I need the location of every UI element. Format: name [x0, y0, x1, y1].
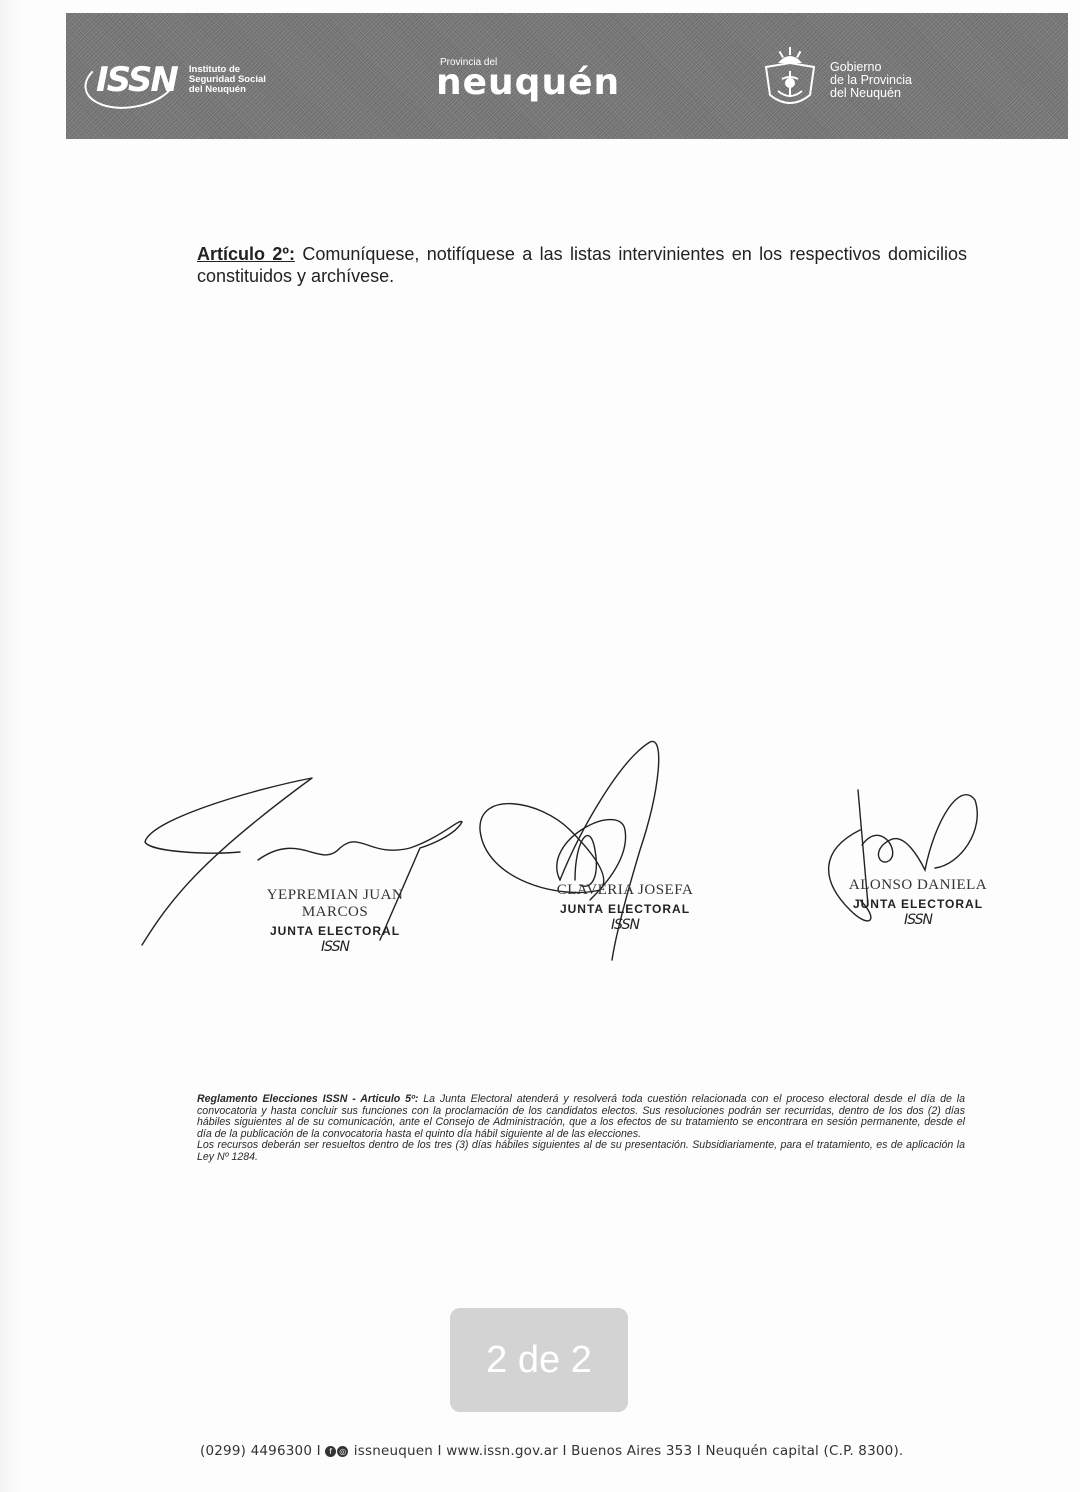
- issn-logo-mark: ISSN: [96, 60, 177, 100]
- gobierno-logo-text: Gobierno de la Provincia del Neuquén: [830, 61, 912, 100]
- signature-block-claveria: CLAVERIA JOSEFA JUNTA ELECTORAL ISSN: [530, 882, 720, 933]
- footer-address: Buenos Aires 353: [571, 1443, 692, 1459]
- provincial-crest-icon: [760, 45, 820, 115]
- signer-name: YEPREMIAN JUAN MARCOS: [235, 887, 435, 921]
- article-label: Artículo 2º:: [197, 244, 295, 264]
- signature-block-yepremian: YEPREMIAN JUAN MARCOS JUNTA ELECTORAL IS…: [235, 887, 435, 955]
- article-2: Artículo 2º: Comuníquese, notifíquese a …: [197, 243, 967, 287]
- page-indicator: 2 de 2: [450, 1308, 628, 1412]
- neuquen-logo: Provincia del neuquén: [436, 57, 620, 100]
- footer-website: www.issn.gov.ar: [446, 1443, 558, 1459]
- signer-role: JUNTA ELECTORAL: [235, 924, 435, 938]
- regulation-paragraph-2: Los recursos deberán ser resueltos dentr…: [197, 1140, 965, 1163]
- instagram-icon: ◎: [337, 1446, 348, 1457]
- issn-logo: ISSN Instituto de Seguridad Social del N…: [96, 60, 266, 100]
- regulation-footnote: Reglamento Elecciones ISSN - Articulo 5º…: [197, 1094, 965, 1164]
- scan-edge: [0, 0, 22, 1492]
- signer-role: JUNTA ELECTORAL: [828, 897, 1008, 911]
- gobierno-logo: Gobierno de la Provincia del Neuquén: [760, 45, 912, 115]
- signer-name: ALONSO DANIELA: [828, 877, 1008, 894]
- footer-social-handle: issneuquen: [354, 1443, 433, 1459]
- footer-city: Neuquén capital (C.P. 8300).: [705, 1443, 903, 1459]
- issn-stamp-mark: ISSN: [530, 917, 720, 933]
- regulation-label: Reglamento Elecciones ISSN - Articulo 5º…: [197, 1093, 418, 1105]
- contact-footer: (0299) 4496300 I f◎ issneuquen I www.iss…: [200, 1443, 990, 1459]
- signer-name: CLAVERIA JOSEFA: [530, 882, 720, 899]
- signer-role: JUNTA ELECTORAL: [530, 902, 720, 916]
- handwritten-signatures: [0, 0, 1080, 1492]
- article-text: Comuníquese, notifíquese a las listas in…: [197, 244, 967, 286]
- signature-claveria-stroke: [480, 804, 604, 893]
- issn-stamp-mark: ISSN: [235, 939, 435, 955]
- issn-logo-subtitle: Instituto de Seguridad Social del Neuqué…: [189, 65, 266, 95]
- facebook-icon: f: [325, 1446, 336, 1457]
- footer-phone: (0299) 4496300: [200, 1443, 312, 1459]
- issn-stamp-mark: ISSN: [828, 912, 1008, 928]
- signature-block-alonso: ALONSO DANIELA JUNTA ELECTORAL ISSN: [828, 877, 1008, 928]
